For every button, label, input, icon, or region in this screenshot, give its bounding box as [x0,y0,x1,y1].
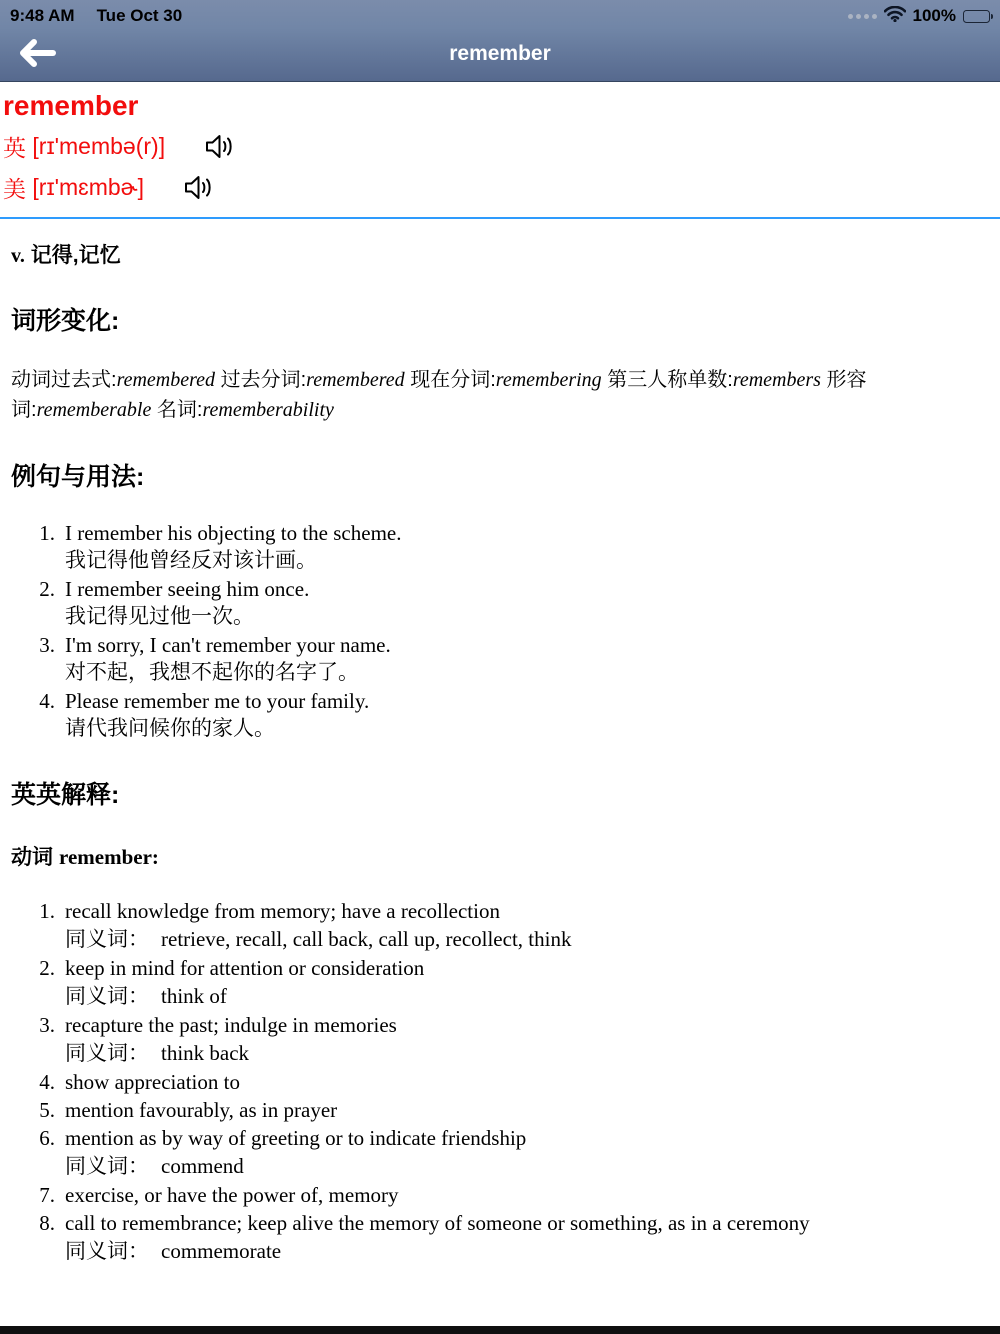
definitions-heading: 英英解释: [11,775,986,811]
item-number: 7. [3,1181,55,1209]
definition-text: recall knowledge from memory; have a rec… [65,897,500,925]
nav-bar: remember [0,30,1000,83]
definitions-sub-pos: 动词 [11,846,53,869]
page-title: remember [0,30,1000,78]
synonym-list: think of [161,984,227,1008]
definition-item: 2.keep in mind for attention or consider… [3,954,986,1011]
brief-meaning: 记得,记忆 [31,244,121,267]
speaker-icon [205,148,235,163]
example-english: Please remember me to your family. [65,687,369,715]
content: remember 英 [rɪ'membə(r)] 美 [rɪ'mɛmbɚ] [0,90,1000,1266]
header: 9:48 AM Tue Oct 30 100% [0,0,1000,82]
synonym-label: 同义词： [65,1240,149,1263]
examples-heading: 例句与用法: [11,457,986,493]
example-item: 3.I'm sorry, I can't remember your name.… [3,631,986,687]
example-english: I remember seeing him once. [65,575,309,603]
example-chinese: 对不起，我想不起你的名字了。 [65,659,359,687]
us-audio-button[interactable] [184,174,214,202]
word-form-value: remembers [733,369,821,391]
status-right: 100% [848,6,990,27]
item-number: 4. [3,1068,55,1096]
word-form-value: rememberability [202,399,333,421]
example-chinese: 我记得他曾经反对该计画。 [65,547,317,575]
definition-text: exercise, or have the power of, memory [65,1181,399,1209]
cellular-signal-icon [848,14,877,19]
blue-divider [0,217,1000,219]
definition-item: 7.exercise, or have the power of, memory [3,1181,986,1209]
example-english: I remember his objecting to the scheme. [65,519,401,547]
item-number: 2. [3,575,55,603]
item-number: 8. [3,1209,55,1237]
definitions-list: 1.recall knowledge from memory; have a r… [3,897,986,1266]
word-form-label: 名词: [157,399,203,421]
item-number: 5. [3,1096,55,1124]
word-forms-paragraph: 动词过去式:remembered 过去分词:remembered 现在分词:re… [11,365,901,425]
definition-text: show appreciation to [65,1068,240,1096]
word-form-value: remembered [117,369,215,391]
definitions-sub-word: remember: [59,845,159,869]
synonym-label: 同义词： [65,985,149,1008]
item-number: 4. [3,687,55,715]
definition-text: mention favourably, as in prayer [65,1096,337,1124]
item-number: 3. [3,631,55,659]
battery-icon [963,10,990,23]
item-number: 6. [3,1124,55,1152]
definition-item: 5.mention favourably, as in prayer [3,1096,986,1124]
example-english: I'm sorry, I can't remember your name. [65,631,391,659]
synonym-list: retrieve, recall, call back, call up, re… [161,927,571,951]
uk-pronunciation: [rɪ'membə(r)] [32,133,165,160]
example-item: 1.I remember his objecting to the scheme… [3,519,986,575]
us-pronunciation-row: 美 [rɪ'mɛmbɚ] [3,171,986,204]
word-forms-heading: 词形变化: [11,301,986,337]
word-form-label: 过去分词: [221,369,307,391]
bottom-bar [0,1326,1000,1334]
word-form-value: remembered [306,369,404,391]
brief-definition: v. 记得,记忆 [11,239,986,269]
status-time: 9:48 AM [10,6,75,26]
examples-list: 1.I remember his objecting to the scheme… [3,519,986,743]
definition-text: call to remembrance; keep alive the memo… [65,1209,810,1237]
example-item: 4.Please remember me to your family.请代我问… [3,687,986,743]
wifi-icon [884,6,906,27]
definition-item: 8.call to remembrance; keep alive the me… [3,1209,986,1266]
battery-percent: 100% [913,6,956,26]
item-number: 3. [3,1011,55,1039]
definitions-subheading: 动词remember: [11,841,986,871]
example-chinese: 我记得见过他一次。 [65,603,254,631]
item-number: 1. [3,519,55,547]
synonym-list: think back [161,1041,249,1065]
definition-text: recapture the past; indulge in memories [65,1011,397,1039]
definition-text: keep in mind for attention or considerat… [65,954,424,982]
example-item: 2.I remember seeing him once.我记得见过他一次。 [3,575,986,631]
synonym-list: commend [161,1154,244,1178]
definition-item: 6.mention as by way of greeting or to in… [3,1124,986,1181]
uk-pronunciation-row: 英 [rɪ'membə(r)] [3,130,986,163]
uk-audio-button[interactable] [205,133,235,161]
synonym-label: 同义词： [65,928,149,951]
status-date: Tue Oct 30 [97,6,183,26]
us-label: 美 [3,171,26,204]
us-pronunciation: [rɪ'mɛmbɚ] [32,174,144,201]
word-headline: remember [3,90,986,122]
status-left: 9:48 AM Tue Oct 30 [10,6,182,26]
back-arrow-icon [17,57,57,72]
definition-text: mention as by way of greeting or to indi… [65,1124,526,1152]
synonym-label: 同义词： [65,1155,149,1178]
part-of-speech: v. [11,245,25,267]
word-form-value: remembering [496,369,602,391]
word-form-label: 动词过去式: [11,369,117,391]
synonym-list: commemorate [161,1239,281,1263]
word-form-label: 第三人称单数: [607,369,733,391]
definition-item: 3.recapture the past; indulge in memorie… [3,1011,986,1068]
word-form-value: rememberable [37,399,152,421]
definition-item: 4.show appreciation to [3,1068,986,1096]
back-button[interactable] [14,34,60,74]
word-form-label: 现在分词: [410,369,496,391]
status-bar: 9:48 AM Tue Oct 30 100% [0,0,1000,30]
item-number: 1. [3,897,55,925]
item-number: 2. [3,954,55,982]
example-chinese: 请代我问候你的家人。 [65,715,275,743]
uk-label: 英 [3,130,26,163]
definition-item: 1.recall knowledge from memory; have a r… [3,897,986,954]
speaker-icon [184,189,214,204]
synonym-label: 同义词： [65,1042,149,1065]
